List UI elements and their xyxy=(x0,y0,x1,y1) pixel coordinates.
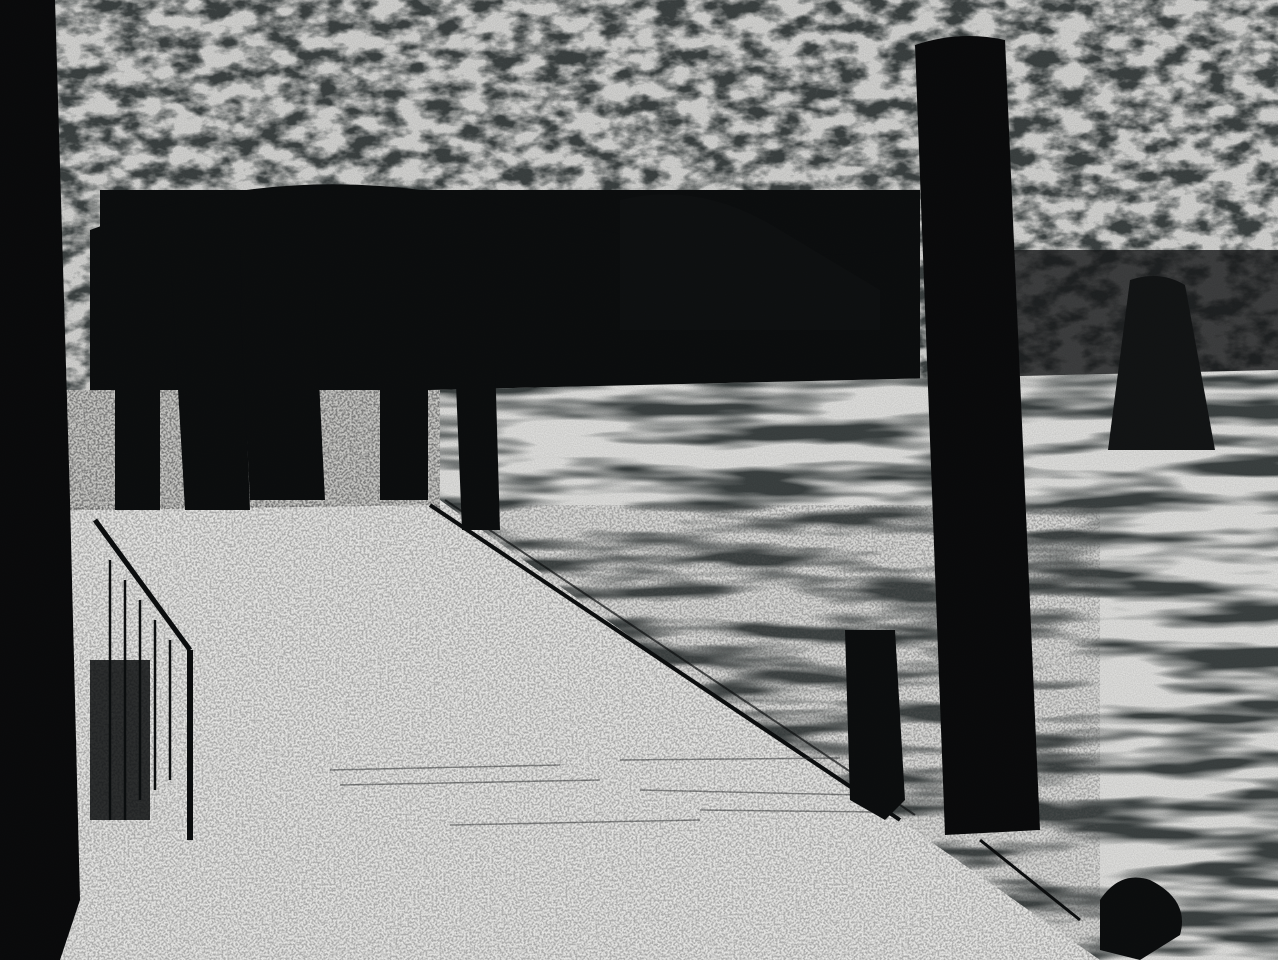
artwork: dense dark foliage across the upper half… xyxy=(0,0,1278,960)
etching-scene: dense dark foliage across the upper half… xyxy=(0,0,1278,960)
paper-grain xyxy=(0,0,1278,960)
